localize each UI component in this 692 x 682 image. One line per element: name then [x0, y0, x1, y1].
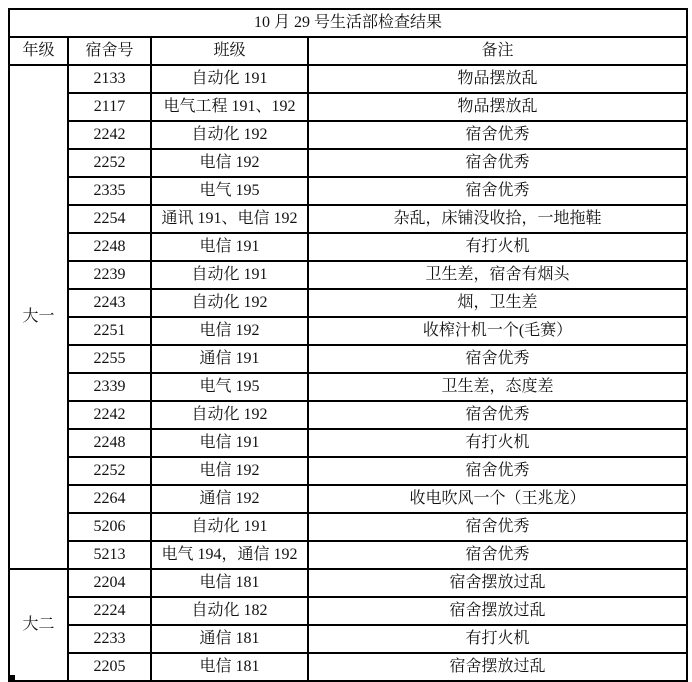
remark-cell: 宿舍优秀: [308, 345, 687, 373]
remark-cell: 宿舍摆放过乱: [308, 569, 687, 597]
remark-cell: 收电吹风一个（王兆龙）: [308, 485, 687, 513]
remark-cell: 宿舍优秀: [308, 457, 687, 485]
remark-cell: 宿舍优秀: [308, 121, 687, 149]
table-row: 2252电信 192宿舍优秀: [9, 149, 687, 177]
dorm-number-cell: 2254: [68, 205, 151, 233]
dorm-number-cell: 2224: [68, 597, 151, 625]
table-row: 2255通信 191宿舍优秀: [9, 345, 687, 373]
class-name-cell: 自动化 191: [151, 513, 308, 541]
dorm-number-cell: 2264: [68, 485, 151, 513]
class-name-cell: 通信 192: [151, 485, 308, 513]
table-row: 5213电气 194，通信 192宿舍优秀: [9, 541, 687, 569]
grade-cell: 大二: [9, 569, 68, 681]
inspection-results-table: 10 月 29 号生活部检查结果 年级 宿舍号 班级 备注 大一2133自动化 …: [8, 8, 688, 682]
class-name-cell: 通讯 191、电信 192: [151, 205, 308, 233]
table-row: 2242自动化 192宿舍优秀: [9, 121, 687, 149]
table-body: 大一2133自动化 191物品摆放乱2117电气工程 191、192物品摆放乱2…: [9, 65, 687, 681]
table-row: 2264通信 192收电吹风一个（王兆龙）: [9, 485, 687, 513]
dorm-number-cell: 2205: [68, 653, 151, 681]
class-name-cell: 电气 195: [151, 177, 308, 205]
column-header-grade: 年级: [9, 37, 68, 65]
remark-cell: 宿舍优秀: [308, 541, 687, 569]
class-name-cell: 自动化 192: [151, 121, 308, 149]
table-row: 2224自动化 182宿舍摆放过乱: [9, 597, 687, 625]
class-name-cell: 电气工程 191、192: [151, 93, 308, 121]
dorm-number-cell: 2255: [68, 345, 151, 373]
header-row: 年级 宿舍号 班级 备注: [9, 37, 687, 65]
table-row: 2248电信 191有打火机: [9, 429, 687, 457]
remark-cell: 宿舍优秀: [308, 401, 687, 429]
table-row: 2233通信 181有打火机: [9, 625, 687, 653]
class-name-cell: 通信 191: [151, 345, 308, 373]
table-row: 2242自动化 192宿舍优秀: [9, 401, 687, 429]
dorm-number-cell: 2339: [68, 373, 151, 401]
dorm-number-cell: 2242: [68, 121, 151, 149]
column-header-class: 班级: [151, 37, 308, 65]
table-row: 大一2133自动化 191物品摆放乱: [9, 65, 687, 93]
table-row: 2243自动化 192烟，卫生差: [9, 289, 687, 317]
class-name-cell: 电气 195: [151, 373, 308, 401]
table-row: 5206自动化 191宿舍优秀: [9, 513, 687, 541]
class-name-cell: 电气 194，通信 192: [151, 541, 308, 569]
table-row: 2335电气 195宿舍优秀: [9, 177, 687, 205]
class-name-cell: 自动化 182: [151, 597, 308, 625]
dorm-number-cell: 2252: [68, 149, 151, 177]
class-name-cell: 自动化 191: [151, 261, 308, 289]
class-name-cell: 电信 181: [151, 653, 308, 681]
table-row: 2252电信 192宿舍优秀: [9, 457, 687, 485]
dorm-number-cell: 2204: [68, 569, 151, 597]
remark-cell: 卫生差，态度差: [308, 373, 687, 401]
class-name-cell: 通信 181: [151, 625, 308, 653]
remark-cell: 宿舍摆放过乱: [308, 653, 687, 681]
dorm-number-cell: 2133: [68, 65, 151, 93]
class-name-cell: 自动化 192: [151, 401, 308, 429]
remark-cell: 杂乱，床铺没收拾，一地拖鞋: [308, 205, 687, 233]
table-head: 10 月 29 号生活部检查结果 年级 宿舍号 班级 备注: [9, 9, 687, 65]
remark-cell: 有打火机: [308, 429, 687, 457]
remark-cell: 烟，卫生差: [308, 289, 687, 317]
remark-cell: 物品摆放乱: [308, 93, 687, 121]
class-name-cell: 电信 192: [151, 457, 308, 485]
class-name-cell: 自动化 192: [151, 289, 308, 317]
table-row: 2117电气工程 191、192物品摆放乱: [9, 93, 687, 121]
table-title: 10 月 29 号生活部检查结果: [9, 9, 687, 37]
dorm-number-cell: 5213: [68, 541, 151, 569]
remark-cell: 收榨汁机一个(毛赛）: [308, 317, 687, 345]
dorm-number-cell: 2243: [68, 289, 151, 317]
dorm-number-cell: 5206: [68, 513, 151, 541]
grade-cell: 大一: [9, 65, 68, 569]
dorm-number-cell: 2248: [68, 429, 151, 457]
dorm-number-cell: 2248: [68, 233, 151, 261]
class-name-cell: 电信 191: [151, 429, 308, 457]
dorm-number-cell: 2242: [68, 401, 151, 429]
dorm-number-cell: 2239: [68, 261, 151, 289]
class-name-cell: 电信 192: [151, 317, 308, 345]
dorm-number-cell: 2117: [68, 93, 151, 121]
remark-cell: 有打火机: [308, 625, 687, 653]
remark-cell: 有打火机: [308, 233, 687, 261]
dorm-number-cell: 2233: [68, 625, 151, 653]
table-row: 2254通讯 191、电信 192杂乱，床铺没收拾，一地拖鞋: [9, 205, 687, 233]
remark-cell: 宿舍优秀: [308, 513, 687, 541]
class-name-cell: 自动化 191: [151, 65, 308, 93]
dorm-number-cell: 2251: [68, 317, 151, 345]
column-header-remark: 备注: [308, 37, 687, 65]
remark-cell: 物品摆放乱: [308, 65, 687, 93]
table-row: 大二2204电信 181宿舍摆放过乱: [9, 569, 687, 597]
remark-cell: 宿舍优秀: [308, 177, 687, 205]
table-row: 2239自动化 191卫生差，宿舍有烟头: [9, 261, 687, 289]
dorm-number-cell: 2335: [68, 177, 151, 205]
dorm-number-cell: 2252: [68, 457, 151, 485]
class-name-cell: 电信 191: [151, 233, 308, 261]
table-row: 2248电信 191有打火机: [9, 233, 687, 261]
remark-cell: 宿舍优秀: [308, 149, 687, 177]
table-row: 2339电气 195卫生差，态度差: [9, 373, 687, 401]
title-row: 10 月 29 号生活部检查结果: [9, 9, 687, 37]
remark-cell: 卫生差，宿舍有烟头: [308, 261, 687, 289]
table-row: 2205电信 181宿舍摆放过乱: [9, 653, 687, 681]
table-row: 2251电信 192收榨汁机一个(毛赛）: [9, 317, 687, 345]
class-name-cell: 电信 181: [151, 569, 308, 597]
cursor-artifact: [8, 675, 15, 680]
column-header-dorm: 宿舍号: [68, 37, 151, 65]
class-name-cell: 电信 192: [151, 149, 308, 177]
remark-cell: 宿舍摆放过乱: [308, 597, 687, 625]
